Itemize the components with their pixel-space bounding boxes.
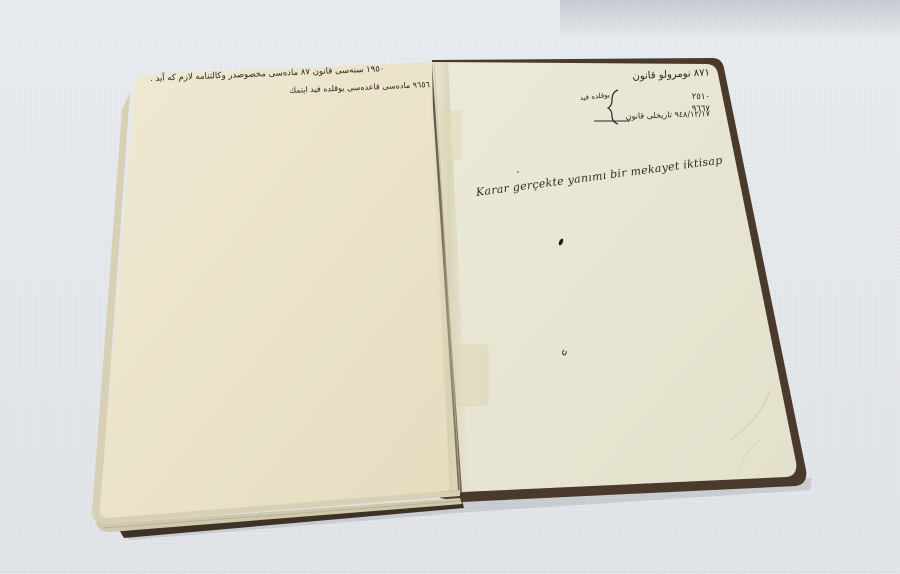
tape-mark-upper <box>440 110 462 160</box>
notebook <box>0 0 900 574</box>
right-page <box>432 62 796 492</box>
right-header-line-2: ٢٥١٠ <box>640 92 710 102</box>
tape-mark-lower <box>456 345 488 405</box>
left-page <box>100 62 458 518</box>
